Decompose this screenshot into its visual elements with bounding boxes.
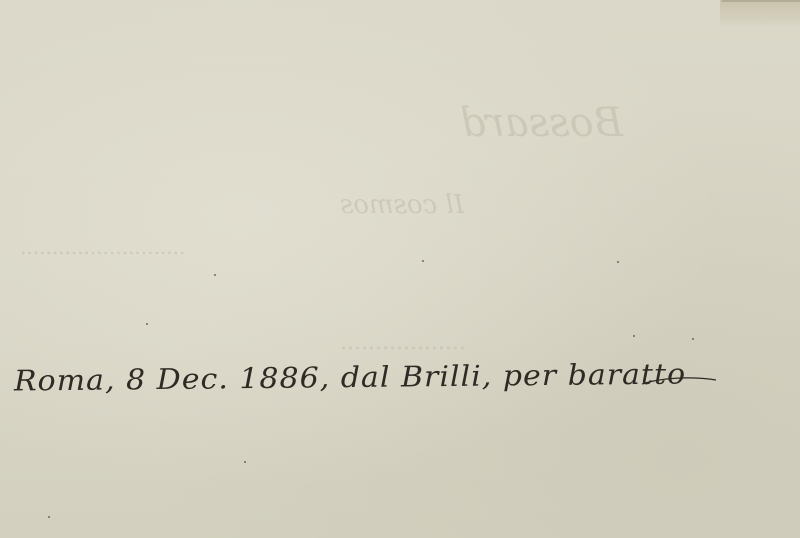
paper-speck: [692, 338, 694, 340]
paper-speck: [146, 323, 148, 325]
handwritten-inscription: Roma, 8 Dec. 1886, dal Brilli, per barat…: [14, 358, 686, 398]
paper-speck: [633, 335, 635, 337]
bleed-through-text: Bossard: [460, 100, 623, 146]
bleed-through-text: Il cosmos: [340, 190, 464, 220]
bleed-through-text: ..................: [340, 330, 466, 355]
handwritten-card: Bossard Il cosmos ......................…: [0, 0, 800, 538]
corner-stain: [720, 0, 800, 28]
paper-speck: [48, 516, 50, 518]
paper-speck: [244, 461, 246, 463]
bleed-through-text: ..........................: [20, 235, 185, 259]
paper-speck: [214, 274, 216, 276]
pen-flourish: [640, 372, 720, 392]
paper-speck: [422, 260, 424, 262]
paper-speck: [617, 261, 619, 263]
card-edge: [722, 0, 800, 2]
